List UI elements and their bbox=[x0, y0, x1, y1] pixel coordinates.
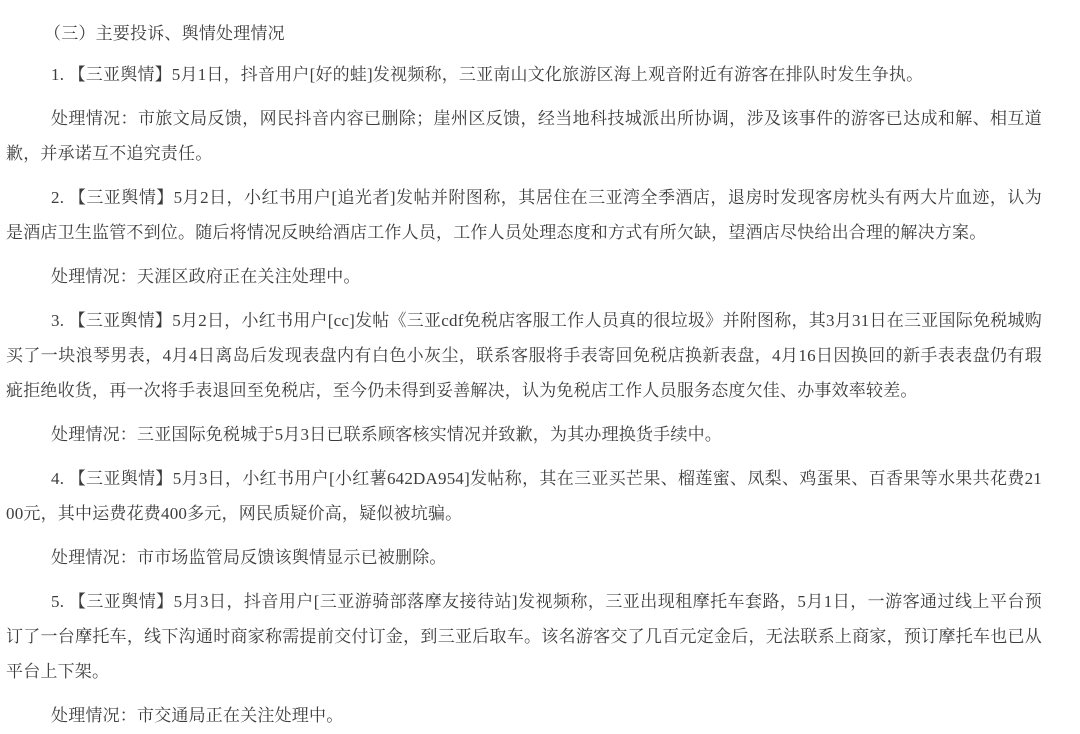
report-paragraph-5: 5. 【三亚舆情】5月3日，抖音用户[三亚游骑部落摩友接待站]发视频称，三亚出现… bbox=[6, 584, 1042, 689]
report-paragraph-4: 4. 【三亚舆情】5月3日，小红书用户[小红薯642DA954]发帖称，其在三亚… bbox=[6, 461, 1042, 531]
handling-paragraph-3: 处理情况：三亚国际免税城于5月3日已联系顾客核实情况并致歉，为其办理换货手续中。 bbox=[6, 417, 1042, 452]
handling-paragraph-5: 处理情况：市交通局正在关注处理中。 bbox=[6, 698, 1042, 733]
section-heading: （三）主要投诉、舆情处理情况 bbox=[6, 16, 1042, 51]
report-paragraph-1: 1. 【三亚舆情】5月1日，抖音用户[好的蛙]发视频称，三亚南山文化旅游区海上观… bbox=[6, 57, 1042, 92]
document-body: （三）主要投诉、舆情处理情况 1. 【三亚舆情】5月1日，抖音用户[好的蛙]发视… bbox=[6, 16, 1042, 733]
report-paragraph-3: 3. 【三亚舆情】5月2日，小红书用户[cc]发帖《三亚cdf免税店客服工作人员… bbox=[6, 303, 1042, 408]
document-page: （三）主要投诉、舆情处理情况 1. 【三亚舆情】5月1日，抖音用户[好的蛙]发视… bbox=[0, 0, 1080, 734]
handling-paragraph-2: 处理情况：天涯区政府正在关注处理中。 bbox=[6, 259, 1042, 294]
handling-paragraph-1: 处理情况：市旅文局反馈，网民抖音内容已删除；崖州区反馈，经当地科技城派出所协调，… bbox=[6, 101, 1042, 171]
handling-paragraph-4: 处理情况：市市场监管局反馈该舆情显示已被删除。 bbox=[6, 540, 1042, 575]
report-paragraph-2: 2. 【三亚舆情】5月2日，小红书用户[追光者]发帖并附图称，其居住在三亚湾全季… bbox=[6, 180, 1042, 250]
